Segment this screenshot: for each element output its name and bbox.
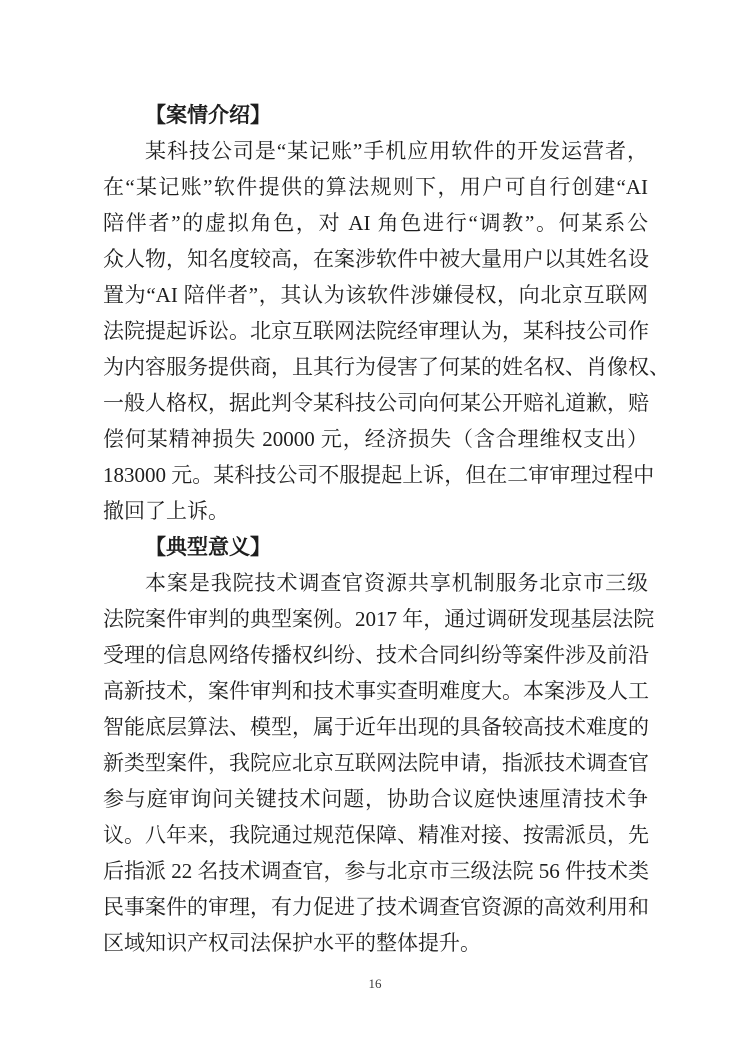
text-line: 法院提起诉讼。北京互联网法院经审理认为，某科技公司作 — [103, 313, 648, 349]
text-line: 183000 元。某科技公司不服提起上诉，但在二审审理过程中 — [103, 457, 648, 493]
text-line: 众人物，知名度较高，在案涉软件中被大量用户以其姓名设 — [103, 241, 648, 277]
text-line: 智能底层算法、模型，属于近年出现的具备较高技术难度的 — [103, 709, 648, 745]
text-line: 受理的信息网络传播权纠纷、技术合同纠纷等案件涉及前沿 — [103, 637, 648, 673]
text-line: 议。八年来，我院通过规范保障、精准对接、按需派员，先 — [103, 817, 648, 853]
document-body: 【案情介绍】 某科技公司是“某记账”手机应用软件的开发运营者， 在“某记账”软件… — [103, 97, 648, 961]
text-line: 偿何某精神损失 20000 元，经济损失（含合理维权支出） — [103, 421, 648, 457]
document-page: 【案情介绍】 某科技公司是“某记账”手机应用软件的开发运营者， 在“某记账”软件… — [0, 0, 750, 1061]
text-line: 某科技公司是“某记账”手机应用软件的开发运营者， — [103, 133, 648, 169]
page-number: 16 — [0, 976, 750, 992]
text-line: 置为“AI 陪伴者”，其认为该软件涉嫌侵权，向北京互联网 — [103, 277, 648, 313]
section-heading-typical-significance: 【典型意义】 — [103, 529, 648, 565]
text-line: 参与庭审询问关键技术问题，协助合议庭快速厘清技术争 — [103, 781, 648, 817]
text-line: 民事案件的审理，有力促进了技术调查官资源的高效利用和 — [103, 889, 648, 925]
section-heading-case-intro: 【案情介绍】 — [103, 97, 648, 133]
text-line: 后指派 22 名技术调查官，参与北京市三级法院 56 件技术类 — [103, 853, 648, 889]
text-line: 一般人格权，据此判令某科技公司向何某公开赔礼道歉，赔 — [103, 385, 648, 421]
text-line: 法院案件审判的典型案例。2017 年，通过调研发现基层法院 — [103, 601, 648, 637]
text-line: 撤回了上诉。 — [103, 493, 648, 529]
text-line: 本案是我院技术调查官资源共享机制服务北京市三级 — [103, 565, 648, 601]
text-line: 高新技术，案件审判和技术事实查明难度大。本案涉及人工 — [103, 673, 648, 709]
text-line: 新类型案件，我院应北京互联网法院申请，指派技术调查官 — [103, 745, 648, 781]
text-line: 为内容服务提供商，且其行为侵害了何某的姓名权、肖像权、 — [103, 349, 648, 385]
text-line: 陪伴者”的虚拟角色，对 AI 角色进行“调教”。何某系公 — [103, 205, 648, 241]
text-line: 区域知识产权司法保护水平的整体提升。 — [103, 925, 648, 961]
text-line: 在“某记账”软件提供的算法规则下，用户可自行创建“AI — [103, 169, 648, 205]
